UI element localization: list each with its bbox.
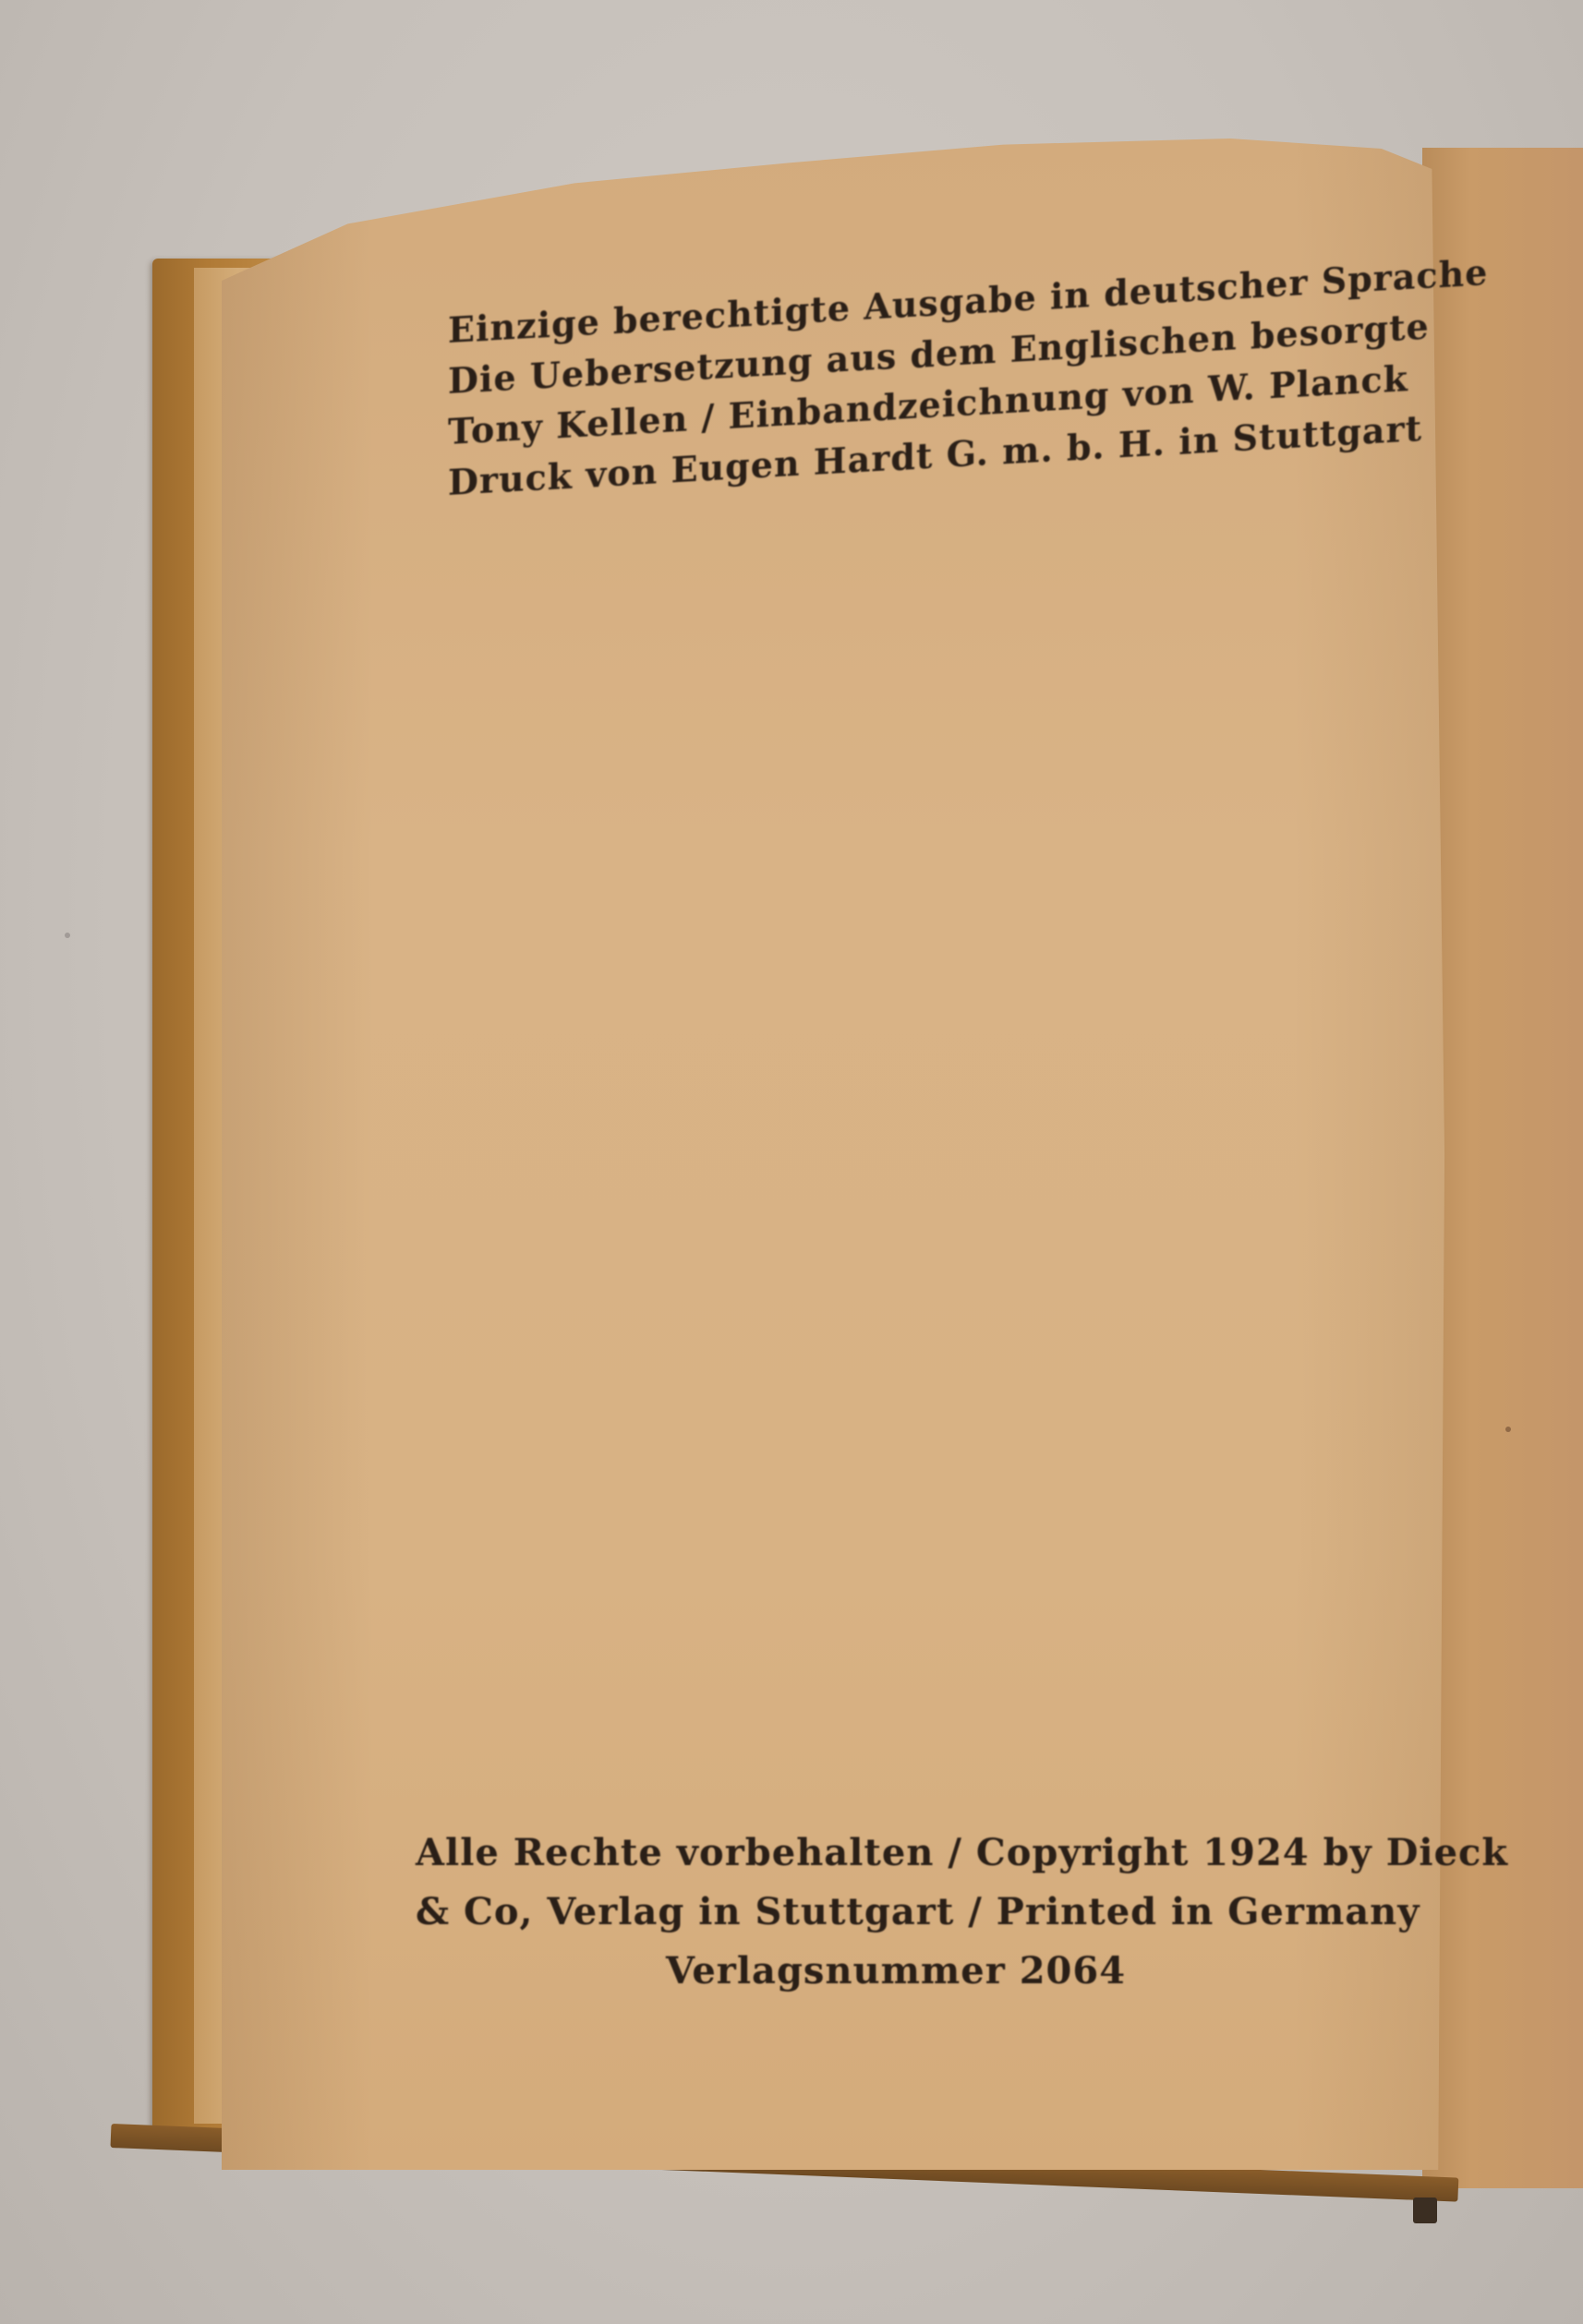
publisher-line: & Co, Verlag in Stuttgart / Printed in G…: [416, 1883, 1376, 1942]
paper-speck: [1505, 1427, 1511, 1432]
copyright-line: Alle Rechte vorbehalten / Copyright 1924…: [416, 1824, 1376, 1883]
imprint-bottom-block: Alle Rechte vorbehalten / Copyright 1924…: [416, 1824, 1376, 2001]
next-page-edge: [1422, 148, 1583, 2188]
publisher-number-line: Verlagsnummer 2064: [416, 1942, 1376, 2001]
background-speck: [65, 933, 70, 938]
book-corner-tip: [1413, 2198, 1437, 2223]
